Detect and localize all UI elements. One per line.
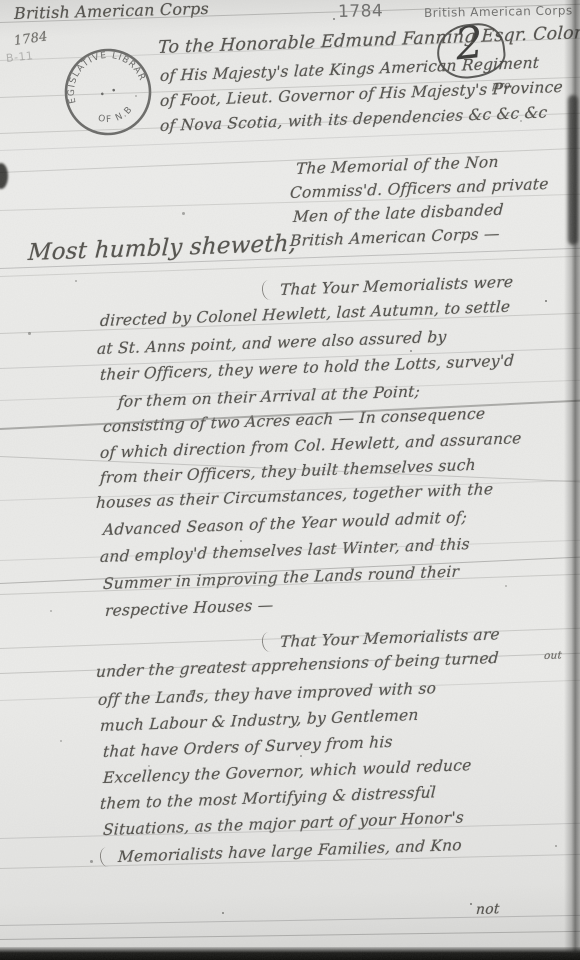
svg-text:LEGISLATIVE LIBRARY: LEGISLATIVE LIBRARY	[37, 21, 147, 111]
memorial-line: The Memorial of the Non	[296, 153, 500, 178]
salutation: Most humbly sheweth,	[27, 231, 297, 266]
body-superscript: out	[544, 649, 563, 662]
paragraph-flourish	[261, 631, 279, 653]
heading-superscript: pro	[492, 79, 511, 92]
scan-speck	[50, 610, 52, 612]
body-line: for them on their Arrival at the Point;	[118, 382, 421, 411]
body-line: them to the most Mortifying & distressfu…	[100, 783, 437, 813]
body-line: that have Orders of Survey from his	[103, 733, 394, 761]
top-right-title: British American Corps	[424, 3, 573, 20]
catchword: not	[476, 901, 500, 918]
memorial-line: Men of the late disbanded	[293, 201, 505, 226]
heading-line: of Nova Scotia, with its dependencies &c…	[160, 103, 548, 135]
body-line: Situations, as the major part of your Ho…	[103, 808, 465, 839]
paragraph-flourish	[99, 846, 117, 868]
scan-speck	[333, 18, 335, 20]
scan-speck	[545, 300, 547, 302]
body-line: off the Lands, they have improved with s…	[98, 679, 437, 709]
top-left-title: British American Corps	[14, 0, 209, 23]
body-line: Advanced Season of the Year would admit …	[103, 508, 468, 539]
margin-year: 1784	[13, 29, 49, 49]
scan-speck	[470, 903, 472, 905]
body-line: their Officers, they were to hold the Lo…	[100, 352, 515, 385]
heading-line: To the Honorable Edmund Fanning Esqr. Co…	[157, 22, 580, 58]
scan-speck	[555, 845, 557, 847]
body-line: at St. Anns point, and were also assured…	[97, 328, 447, 358]
body-line: respective Houses —	[105, 596, 274, 620]
year-annotation-center: 1784	[338, 1, 384, 22]
body-line: That Your Memorialists were	[280, 273, 514, 299]
scan-bottom-edge	[0, 947, 580, 960]
scan-right-edge-dark	[568, 95, 578, 245]
body-line: and employ'd themselves last Winter, and…	[100, 535, 471, 566]
scan-speck	[222, 912, 224, 914]
body-line: Summer in improving the Lands round thei…	[103, 563, 460, 593]
scan-speck	[240, 540, 242, 542]
scan-scratch-line	[0, 931, 580, 940]
scan-speck	[410, 350, 412, 352]
body-line: much Labour & Industry, by Gentlemen	[100, 706, 420, 735]
manuscript-page: British American Corps 2 1784 British Am…	[0, 0, 580, 960]
body-line: That Your Memorialists are	[280, 625, 501, 651]
scan-speck	[182, 212, 185, 215]
body-line: Memorialists have large Families, and Kn…	[118, 836, 463, 866]
scan-speck	[300, 755, 302, 757]
memorial-line: British American Corps —	[290, 225, 501, 250]
scan-right-edge	[564, 0, 580, 952]
body-line: under the greatest apprehensions of bein…	[96, 649, 500, 681]
paragraph-flourish	[261, 279, 279, 301]
scan-speck	[90, 860, 93, 863]
scan-speck	[505, 585, 507, 587]
scan-edge-blob	[0, 163, 8, 189]
scan-speck	[60, 740, 62, 742]
scan-speck	[75, 280, 77, 282]
body-line: directed by Colonel Hewlett, last Autumn…	[100, 298, 511, 330]
memorial-line: Commiss'd. Officers and private	[290, 175, 550, 202]
scan-speck	[28, 332, 31, 335]
body-line: Excellency the Governor, which would red…	[103, 756, 472, 787]
margin-code: B-11	[5, 49, 34, 65]
